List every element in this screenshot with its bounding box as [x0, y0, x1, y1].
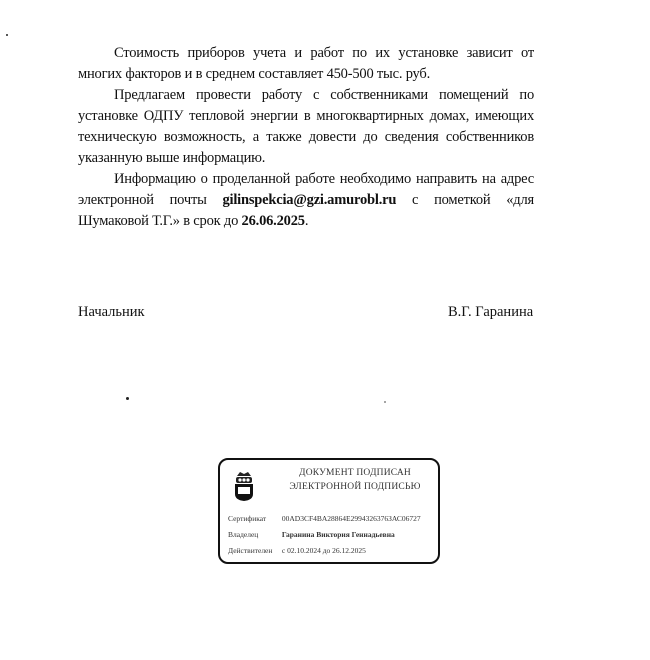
signatory-title: Начальник — [78, 304, 145, 321]
paragraph-report-request: Информацию о проделанной работе необходи… — [78, 169, 534, 232]
scan-speck — [384, 401, 386, 403]
stamp-heading: ДОКУМЕНТ ПОДПИСАН ЭЛЕКТРОННОЙ ПОДПИСЬЮ — [280, 466, 430, 494]
validity-value: с 02.10.2024 до 26.12.2025 — [282, 546, 366, 555]
owner-label: Владелец — [228, 530, 280, 539]
paragraph-proposal: Предлагаем провести работу с собственник… — [78, 85, 534, 169]
deadline-date: 26.06.2025 — [242, 213, 305, 229]
electronic-signature-stamp: ДОКУМЕНТ ПОДПИСАН ЭЛЕКТРОННОЙ ПОДПИСЬЮ С… — [218, 458, 440, 564]
email-address: gilinspekcia@gzi.amurobl.ru — [222, 192, 396, 208]
signatory-name: В.Г. Гаранина — [448, 304, 533, 321]
validity-label: Действителен — [228, 546, 280, 555]
document-page: Стоимость приборов учета и работ по их у… — [0, 0, 650, 660]
owner-value: Гаранина Виктория Геннадьевна — [282, 530, 395, 539]
certificate-row: Сертификат 00AD3CF4BA28864E2994326376ЗАС… — [228, 514, 421, 523]
paragraph-cost: Стоимость приборов учета и работ по их у… — [78, 43, 534, 85]
scan-speck — [6, 34, 8, 36]
coat-of-arms-icon — [233, 470, 255, 502]
validity-row: Действителен с 02.10.2024 до 26.12.2025 — [228, 546, 366, 555]
certificate-label: Сертификат — [228, 514, 280, 523]
period: . — [305, 213, 308, 229]
owner-row: Владелец Гаранина Виктория Геннадьевна — [228, 530, 395, 539]
stamp-heading-line1: ДОКУМЕНТ ПОДПИСАН — [280, 466, 430, 480]
stamp-heading-line2: ЭЛЕКТРОННОЙ ПОДПИСЬЮ — [280, 480, 430, 494]
paragraph-proposal-text: Предлагаем провести работу с собственник… — [78, 87, 534, 166]
scan-speck — [126, 397, 129, 400]
certificate-value: 00AD3CF4BA28864E2994326376ЗАС06727 — [282, 514, 421, 523]
paragraph-cost-text: Стоимость приборов учета и работ по их у… — [78, 45, 534, 82]
